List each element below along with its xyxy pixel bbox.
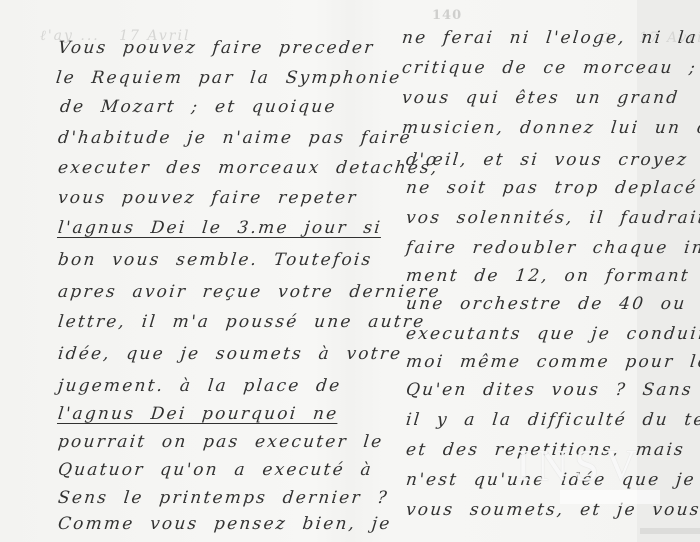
handwritten-line: moi même comme pour le Requi- [405,352,700,372]
handwritten-line: vous qui êtes un grand [401,88,680,108]
left-page: Vous pouvez faire preceder le Requiem pa… [0,0,350,542]
handwritten-line: ne soit pas trop deplacé dans [405,178,700,198]
scanned-letter: ℓ'ay ... 17 Avril Ѻ , 17 Avril 140 Vous … [0,0,700,542]
handwritten-line: jugement. à la place de [57,376,343,396]
handwritten-line: une orchestre de 40 ou [405,294,687,314]
handwritten-line: ment de 12, on formant [405,266,691,286]
handwritten-line: ne ferai ni l'eloge, ni la [401,28,699,48]
handwritten-line: pourrait on pas executer le [57,432,384,452]
handwritten-line: il y a la difficulté du temps [405,410,700,430]
handwritten-line: faire redoubler chaque instru- [405,238,700,258]
handwritten-line: Sens le printemps dernier ? [57,488,390,508]
handwritten-line: executants que je conduirai [405,324,700,344]
handwritten-line: Comme vous pensez bien, je [57,514,393,534]
handwritten-line: l'agnus Dei le 3.me jour si [57,218,383,238]
handwritten-line: vous pouvez faire repeter [57,188,359,208]
handwritten-line: Quatuor qu'on a executé à [57,460,374,480]
handwritten-line: musicien, donnez lui un coup [401,118,700,138]
handwritten-line: de Mozart ; et quoique [59,97,338,117]
handwritten-line: critique de ce morceau ; mais [401,58,700,78]
handwritten-line: Qu'en dites vous ? Sans doute [405,380,700,400]
watermark-subtext [560,490,660,504]
handwritten-line: bon vous semble. Toutefois [57,250,374,270]
handwritten-line: d'œil, et si vous croyez qu'il [405,150,700,170]
handwritten-line: Vous pouvez faire preceder [57,38,376,58]
handwritten-line: vos solennités, il faudrait [405,208,700,228]
handwritten-line: l'agnus Dei pourquoi ne [57,404,340,424]
